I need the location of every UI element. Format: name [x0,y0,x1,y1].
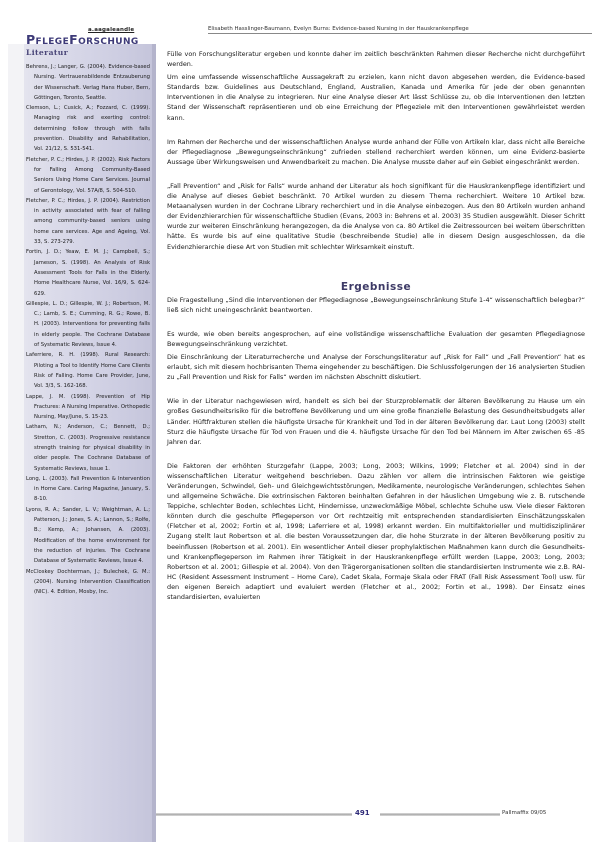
body-paragraph: Die Faktoren der erhöhten Sturzgefahr (L… [167,461,585,602]
body-paragraph: „Fall Prevention“ and „Risk for Falls“ w… [167,181,585,252]
sidebar-title: Literatur [26,48,68,57]
reference-item: Long, L. (2003). Fall Prevention & Inter… [26,474,150,505]
reference-item: Lyons, R. A.; Sander, L. V.; Weightman, … [26,505,150,567]
body-paragraph: Fülle von Forschungsliteratur ergeben un… [167,49,585,69]
running-header: Elisabeth Hasslinger-Baumann, Evelyn Bur… [208,26,592,34]
body-paragraph: Es wurde, wie oben bereits angesprochen,… [167,329,585,349]
body-paragraph: Um eine umfassende wissenschaftliche Aus… [167,72,585,122]
page-number: 491 [355,809,370,817]
body-paragraph: Wie in der Literatur nachgewiesen wird, … [167,396,585,446]
body-paragraph: Die Fragestellung „Sind die Intervention… [167,295,585,315]
reference-item: Latham, N.; Anderson, C.; Bennett, D.; S… [26,422,150,473]
reference-item: Clemson, L.; Cusick, A.; Fozzard, C. (19… [26,103,150,154]
reference-item: Fletcher, P. C.; Hirdes, J. P. (2002). R… [26,155,150,196]
footer-issue-label: Pallmaffix 09/05 [502,810,546,816]
main-column: Fülle von Forschungsliteratur ergeben un… [167,49,585,605]
sidebar-edge [152,44,156,842]
footer-rule-left [156,813,352,816]
reference-item: Gillespie, L. D.; Gillespie, W. J.; Robe… [26,299,150,350]
reference-list: Behrens, J.; Langer, G. (2004). Evidence… [26,62,150,597]
reference-item: Lappe, J. M. (1998). Prevention of Hip F… [26,392,150,423]
section-heading: Ergebnisse [167,282,585,292]
reference-item: Behrens, J.; Langer, G. (2004). Evidence… [26,62,150,103]
reference-item: Fortin, J. D.; Yeaw, E. M. J.; Campbell,… [26,247,150,298]
reference-item: Laferriere, R. H. (1998). Rural Research… [26,350,150,391]
journal-title: PflegeForschung [26,32,139,47]
reference-item: Fletcher, P. C.; Hirdes, J. P. (2004). R… [26,196,150,247]
body-paragraph: Die Einschränkung der Literaturrecherche… [167,352,585,382]
body-paragraph: Im Rahmen der Recherche und der wissensc… [167,137,585,167]
reference-item: McCloskey Dochterman, J.; Bulechek, G. M… [26,567,150,598]
footer-rule-right [380,813,500,816]
